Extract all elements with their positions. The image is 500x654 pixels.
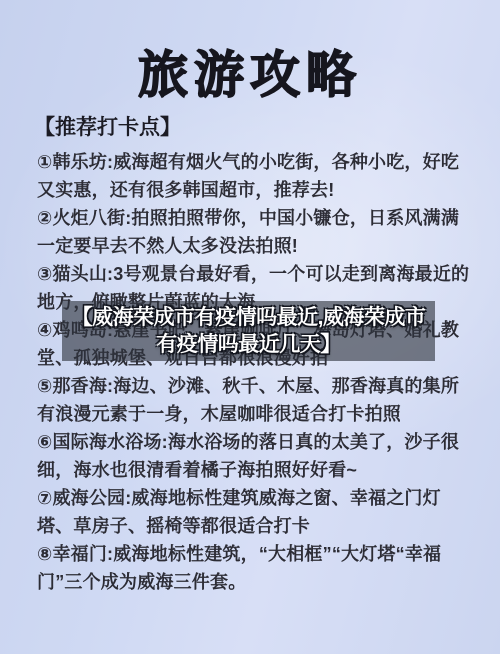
list-item: ⑥国际海水浴场:海水浴场的落日真的太美了，沙子很细，海水也很清看着橘子海拍照好好…: [37, 428, 472, 484]
list-item: ⑦威海公园:威海地标性建筑威海之窗、幸福之门灯塔、草房子、摇椅等都很适合打卡: [37, 484, 472, 540]
list-item: ①韩乐坊:威海超有烟火气的小吃街，各种小吃，好吃又实惠，还有很多韩国超市，推荐去…: [37, 148, 472, 204]
list-item: ②火炬八街:拍照拍照带你，中国小镰仓，日系风满满一定要早去不然人太多没法拍照!: [37, 204, 472, 260]
list-item: ⑧幸福门:威海地标性建筑，“大相框”“大灯塔“幸福门”三个成为威海三件套。: [37, 540, 472, 596]
travel-guide-poster: 旅游攻略 【推荐打卡点】 ①韩乐坊:威海超有烟火气的小吃街，各种小吃，好吃又实惠…: [0, 0, 500, 654]
overlay-caption: 【威海荣成市有疫情吗最近,威海荣成市有疫情吗最近几天】: [68, 304, 429, 358]
list-item: ⑤那香海:海边、沙滩、秋千、木屋、那香海真的集所有浪漫元素于一身，木屋咖啡很适合…: [37, 372, 472, 428]
watermark-overlay: 【威海荣成市有疫情吗最近,威海荣成市有疫情吗最近几天】: [62, 301, 435, 361]
section-header: 【推荐打卡点】: [34, 116, 500, 140]
recommendation-list: ①韩乐坊:威海超有烟火气的小吃街，各种小吃，好吃又实惠，还有很多韩国超市，推荐去…: [37, 148, 472, 596]
page-title: 旅游攻略: [0, 0, 500, 102]
